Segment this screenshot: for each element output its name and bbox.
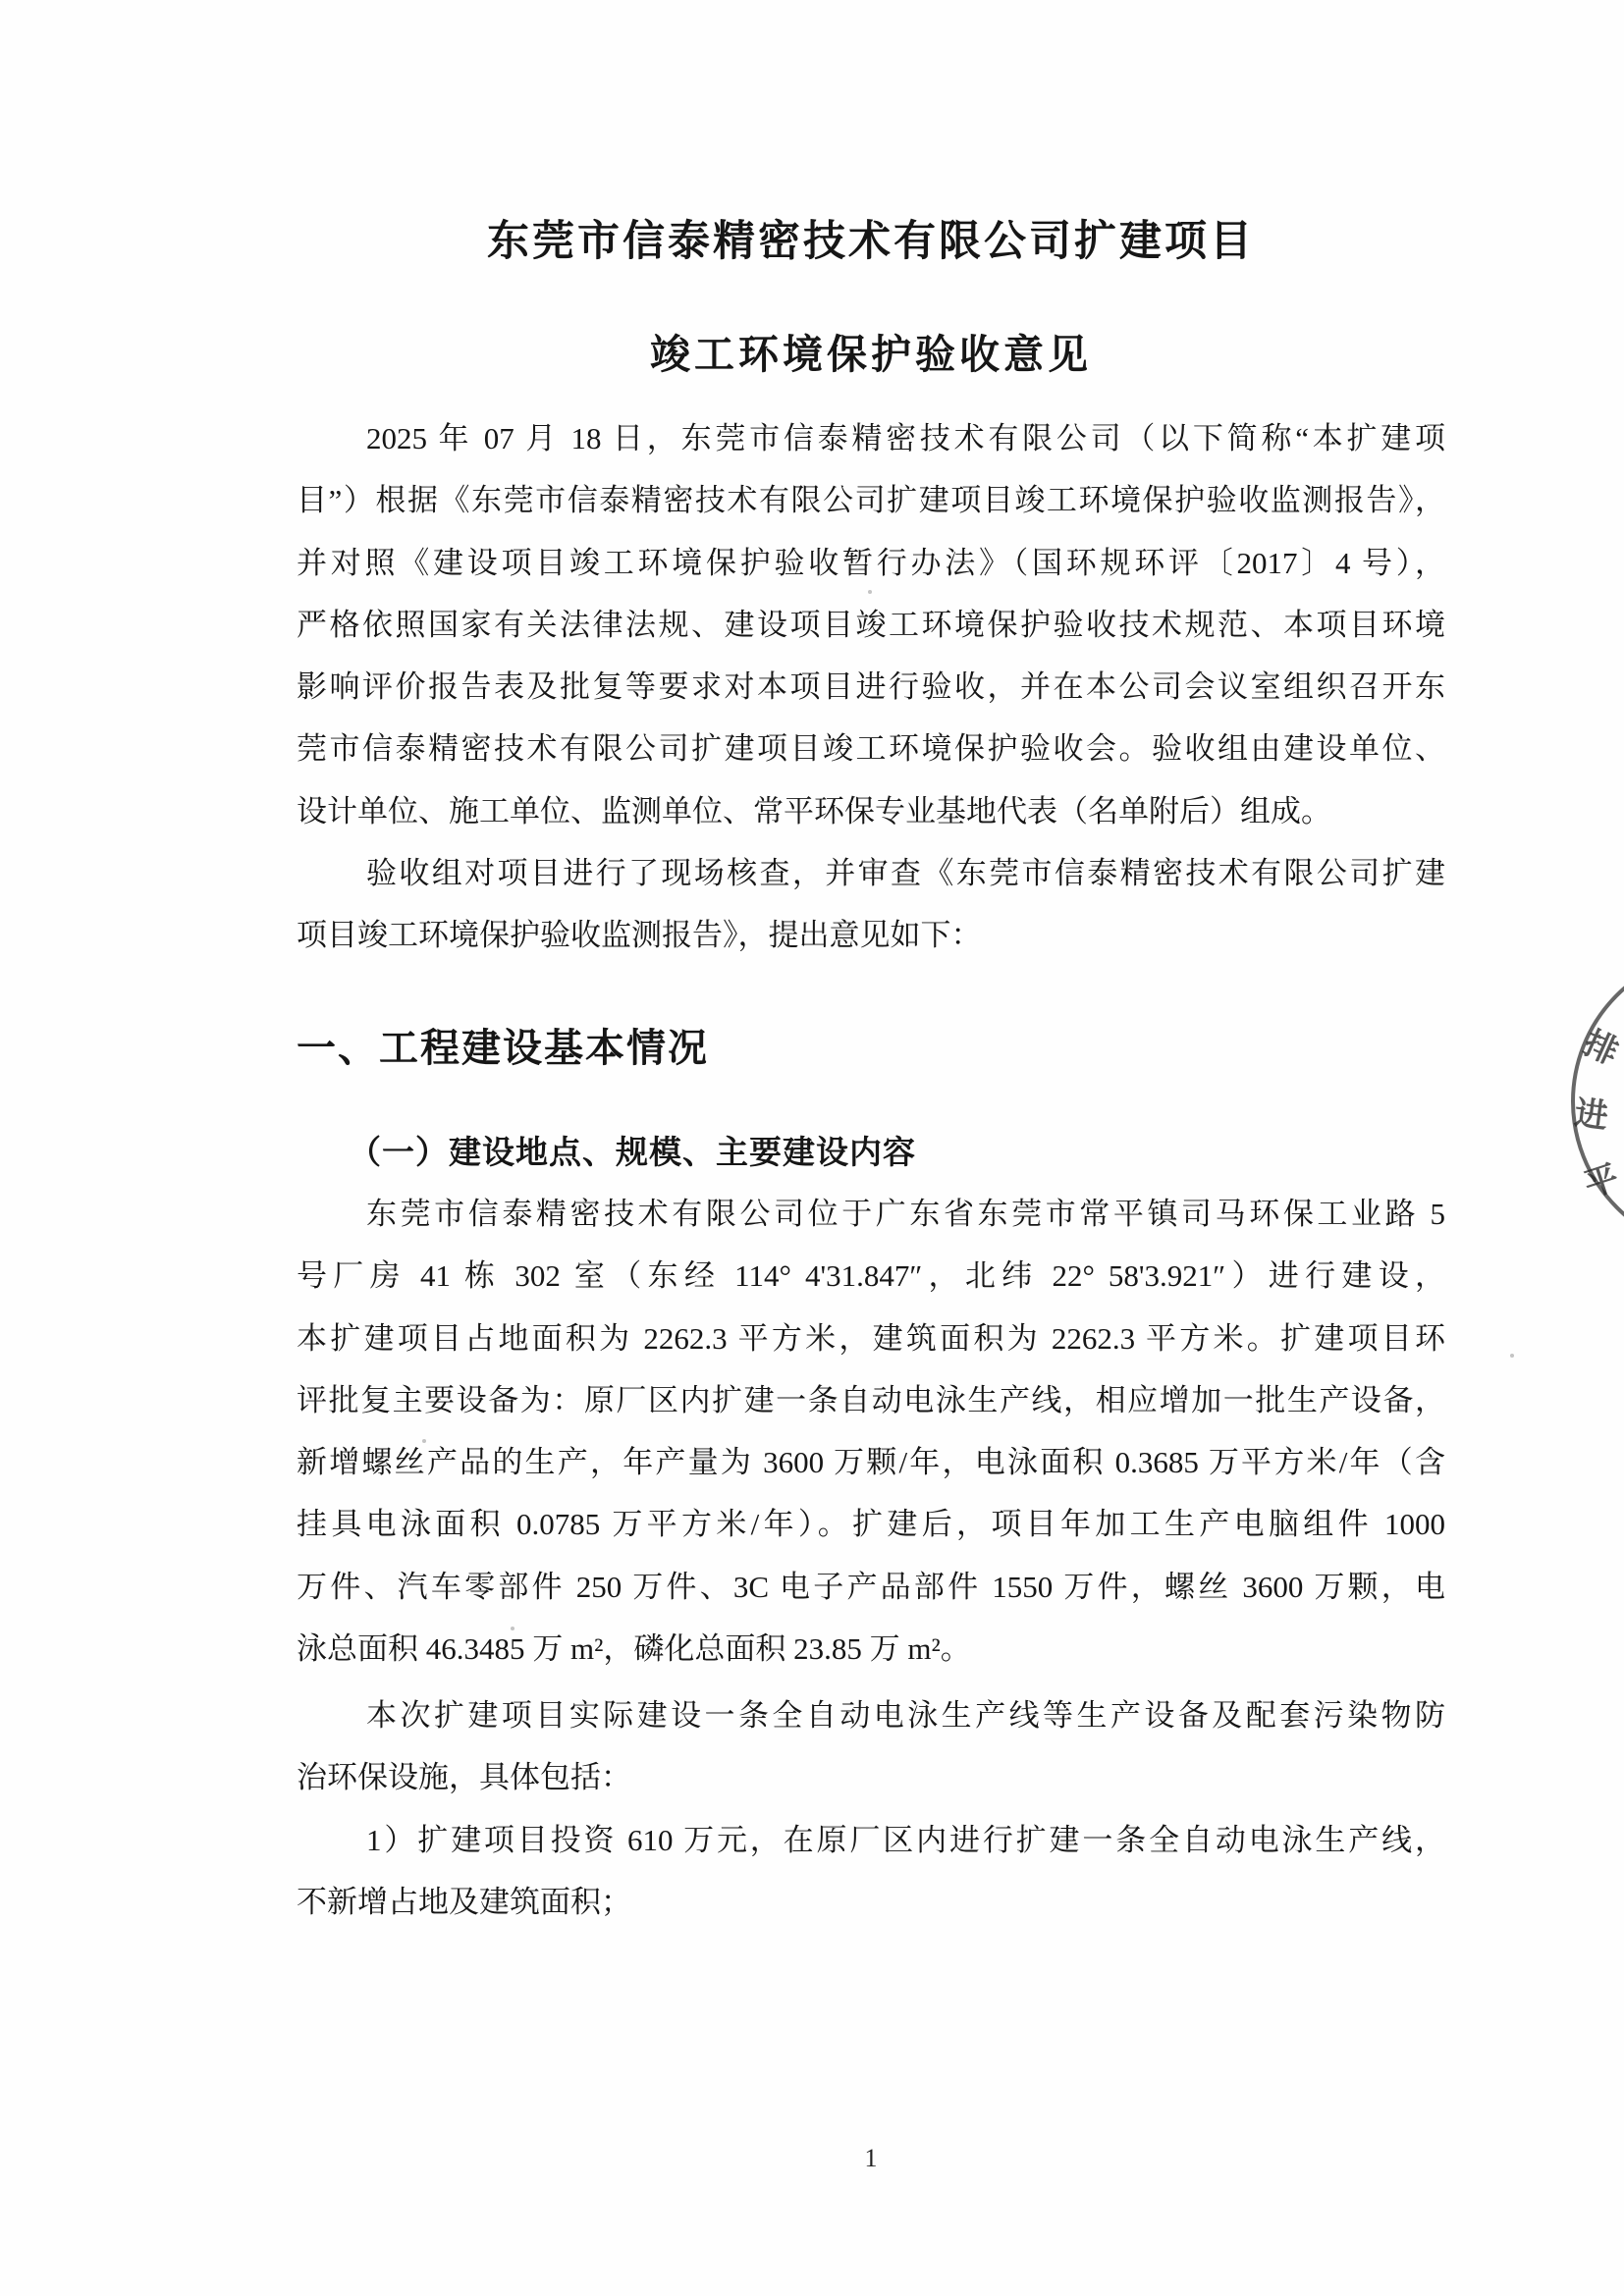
paragraph-5: 1）扩建项目投资 610 万元，在原厂区内进行扩建一条全自动电泳生产线， 不新增… bbox=[297, 1809, 1445, 1934]
text-line: 不新增占地及建筑面积； bbox=[297, 1871, 1445, 1933]
document-page: 东莞市信泰精密技术有限公司扩建项目 竣工环境保护验收意见 2025 年 07 月… bbox=[0, 0, 1624, 2296]
text-line: 东莞市信泰精密技术有限公司位于广东省东莞市常平镇司马环保工业路 5 bbox=[297, 1183, 1445, 1245]
text-line: 万件、汽车零部件 250 万件、3C 电子产品部件 1550 万件，螺丝 360… bbox=[297, 1556, 1445, 1618]
scan-noise-speck bbox=[511, 1627, 514, 1630]
text-line: 严格依照国家有关法律法规、建设项目竣工环境保护验收技术规范、本项目环境 bbox=[297, 594, 1445, 656]
text-line: 1）扩建项目投资 610 万元，在原厂区内进行扩建一条全自动电泳生产线， bbox=[297, 1809, 1445, 1871]
text-line: 治环保设施，具体包括： bbox=[297, 1746, 1445, 1808]
text-line: 泳总面积 46.3485 万 m²，磷化总面积 23.85 万 m²。 bbox=[297, 1618, 1445, 1680]
text-line: 号厂房 41 栋 302 室（东经 114° 4'31.847″，北纬 22° … bbox=[297, 1245, 1445, 1307]
paragraph-3: 东莞市信泰精密技术有限公司位于广东省东莞市常平镇司马环保工业路 5 号厂房 41… bbox=[297, 1183, 1445, 1680]
text-line: 本扩建项目占地面积为 2262.3 平方米，建筑面积为 2262.3 平方米。扩… bbox=[297, 1308, 1445, 1369]
text-line: 本次扩建项目实际建设一条全自动电泳生产线等生产设备及配套污染物防 bbox=[297, 1684, 1445, 1746]
text-line: 验收组对项目进行了现场核查，并审查《东莞市信泰精密技术有限公司扩建 bbox=[297, 842, 1445, 904]
section-heading-1: 一、工程建设基本情况 bbox=[297, 1017, 709, 1073]
text-line: 挂具电泳面积 0.0785 万平方米/年）。扩建后，项目年加工生产电脑组件 10… bbox=[297, 1493, 1445, 1555]
paragraph-4: 本次扩建项目实际建设一条全自动电泳生产线等生产设备及配套污染物防 治环保设施，具… bbox=[297, 1684, 1445, 1809]
text-line: 影响评价报告表及批复等要求对本项目进行验收，并在本公司会议室组织召开东 bbox=[297, 656, 1445, 718]
scan-noise-speck bbox=[868, 590, 872, 594]
paragraph-2: 验收组对项目进行了现场核查，并审查《东莞市信泰精密技术有限公司扩建 项目竣工环境… bbox=[297, 842, 1445, 967]
text-line: 并对照《建设项目竣工环境保护验收暂行办法》（国环规环评〔2017〕4 号）， bbox=[297, 532, 1445, 594]
scan-noise-speck bbox=[422, 1439, 426, 1443]
text-line: 评批复主要设备为：原厂区内扩建一条自动电泳生产线，相应增加一批生产设备， bbox=[297, 1369, 1445, 1431]
text-line: 莞市信泰精密技术有限公司扩建项目竣工环境保护验收会。验收组由建设单位、 bbox=[297, 718, 1445, 779]
text-line: 设计单位、施工单位、监测单位、常平环保专业基地代表（名单附后）组成。 bbox=[297, 780, 1445, 842]
text-line: 项目竣工环境保护验收监测报告》，提出意见如下： bbox=[297, 904, 1445, 966]
text-line: 新增螺丝产品的生产，年产量为 3600 万颗/年，电泳面积 0.3685 万平方… bbox=[297, 1431, 1445, 1493]
page-number: 1 bbox=[297, 2144, 1445, 2173]
seal-character: 进 bbox=[1572, 1086, 1611, 1138]
text-line: 目”）根据《东莞市信泰精密技术有限公司扩建项目竣工环境保护验收监测报告》， bbox=[297, 469, 1445, 531]
subsection-heading-1: （一）建设地点、规模、主要建设内容 bbox=[349, 1127, 916, 1173]
paragraph-1: 2025 年 07 月 18 日，东莞市信泰精密技术有限公司（以下简称“本扩建项… bbox=[297, 407, 1445, 842]
document-title: 东莞市信泰精密技术有限公司扩建项目 bbox=[297, 208, 1445, 268]
scan-noise-speck bbox=[1510, 1354, 1514, 1358]
text-line: 2025 年 07 月 18 日，东莞市信泰精密技术有限公司（以下简称“本扩建项 bbox=[297, 407, 1445, 469]
document-subtitle: 竣工环境保护验收意见 bbox=[297, 322, 1445, 380]
